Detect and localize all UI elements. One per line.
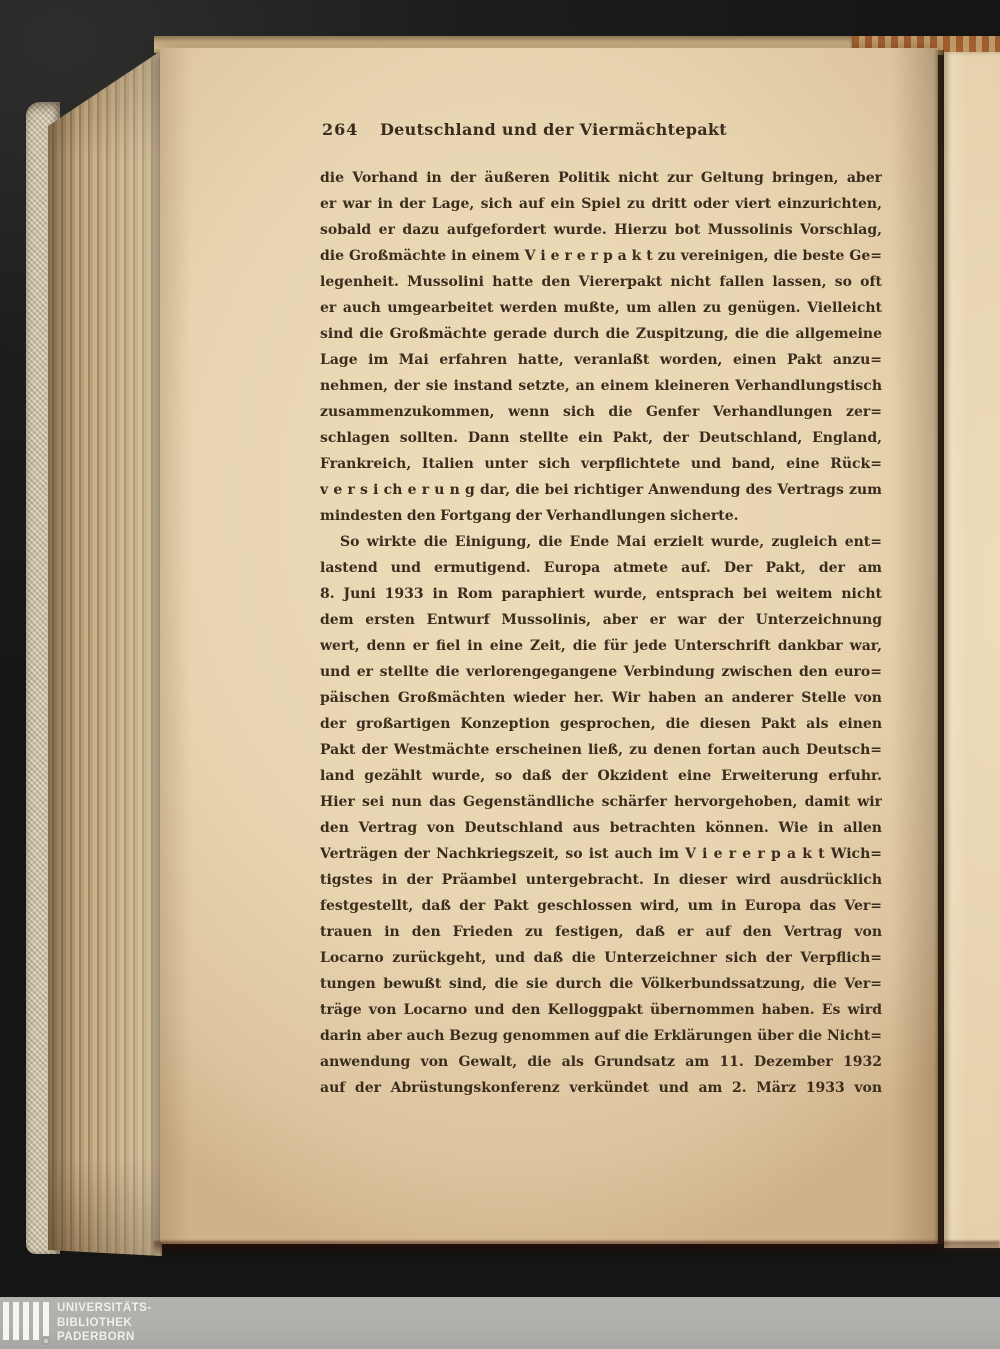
text-line: anwendung von Gewalt, die als Grundsatz … (320, 1049, 882, 1075)
text-line: v e r s i ch e r u n g dar, die bei rich… (320, 477, 882, 503)
logo-bar-icon (43, 1302, 49, 1336)
text-line: So wirkte die Einigung, die Ende Mai erz… (320, 529, 882, 555)
text-line: päischen Großmächten wieder her. Wir hab… (320, 685, 882, 711)
text-line: nehmen, der sie instand setzte, an einem… (320, 373, 882, 399)
text-line: lastend und ermutigend. Europa atmete au… (320, 555, 882, 581)
page-stack-edge (48, 38, 162, 1256)
text-line: Hier sei nun das Gegenständliche schärfe… (320, 789, 882, 815)
text-line: mindesten den Fortgang der Verhandlungen… (320, 503, 882, 529)
text-line: Verträgen der Nachkriegszeit, so ist auc… (320, 841, 882, 867)
body-text: die Vorhand in der äußeren Politik nicht… (320, 165, 882, 1101)
text-line: tungen bewußt sind, die sie durch die Vö… (320, 971, 882, 997)
text-line: land gezählt wurde, so daß der Okzident … (320, 763, 882, 789)
text-line: Lage im Mai erfahren hatte, veranlaßt wo… (320, 347, 882, 373)
logo-bar-icon (3, 1302, 9, 1340)
logo-bar-icon (33, 1302, 39, 1340)
text-line: sind die Großmächte gerade durch die Zus… (320, 321, 882, 347)
running-title: Deutschland und der Viermächtepakt (320, 120, 882, 139)
open-book: 264 Deutschland und der Viermächtepakt d… (26, 36, 1000, 1258)
book-bottom-shadow (154, 1241, 1000, 1255)
text-line: Pakt der Westmächte erscheinen ließ, zu … (320, 737, 882, 763)
scan-background: 264 Deutschland und der Viermächtepakt d… (0, 0, 1000, 1349)
text-line: legenheit. Mussolini hatte den Viererpak… (320, 269, 882, 295)
text-line: träge von Locarno und den Kelloggpakt üb… (320, 997, 882, 1023)
logo-bar-icon (13, 1302, 19, 1340)
text-line: und er stellte die verlorengegangene Ver… (320, 659, 882, 685)
book-page: 264 Deutschland und der Viermächtepakt d… (160, 48, 938, 1244)
text-line: trauen in den Frieden zu festigen, daß e… (320, 919, 882, 945)
text-line: festgestellt, daß der Pakt geschlossen w… (320, 893, 882, 919)
library-name: UNIVERSITÄTS- BIBLIOTHEK PADERBORN (57, 1301, 152, 1345)
facing-page-edge (944, 52, 1000, 1248)
text-line: Frankreich, Italien unter sich verpflich… (320, 451, 882, 477)
page-header: 264 Deutschland und der Viermächtepakt (320, 120, 882, 146)
text-line: schlagen sollten. Dann stellte ein Pakt,… (320, 425, 882, 451)
library-name-line: BIBLIOTHEK (57, 1316, 152, 1331)
text-line: 8. Juni 1933 in Rom paraphiert wurde, en… (320, 581, 882, 607)
text-line: dem ersten Entwurf Mussolinis, aber er w… (320, 607, 882, 633)
logo-bar-icon (23, 1302, 29, 1340)
library-footer: UNIVERSITÄTS- BIBLIOTHEK PADERBORN (0, 1297, 1000, 1349)
library-name-line: UNIVERSITÄTS- (57, 1301, 152, 1316)
text-line: er war in der Lage, sich auf ein Spiel z… (320, 191, 882, 217)
paragraph-2: So wirkte die Einigung, die Ende Mai erz… (320, 529, 882, 1101)
text-line: sobald er dazu aufgefordert wurde. Hierz… (320, 217, 882, 243)
text-line: die Großmächte in einem V i e r e r p a … (320, 243, 882, 269)
paragraph-1: die Vorhand in der äußeren Politik nicht… (320, 165, 882, 529)
logo-dot-icon (42, 1337, 50, 1345)
text-line: zusammenzukommen, wenn sich die Genfer V… (320, 399, 882, 425)
text-line: der großartigen Konzeption gesprochen, d… (320, 711, 882, 737)
gutter-shadow (934, 50, 944, 1244)
text-line: den Vertrag von Deutschland aus betracht… (320, 815, 882, 841)
text-line: wert, denn er fiel in eine Zeit, die für… (320, 633, 882, 659)
library-logo (3, 1302, 49, 1344)
library-name-line: PADERBORN (57, 1330, 152, 1345)
text-line: die Vorhand in der äußeren Politik nicht… (320, 165, 882, 191)
text-line: tigstes in der Präambel untergebracht. I… (320, 867, 882, 893)
text-line: er auch umgearbeitet werden mußte, um al… (320, 295, 882, 321)
text-line: auf der Abrüstungskonferenz verkündet un… (320, 1075, 882, 1101)
text-line: Locarno zurückgeht, und daß die Unterzei… (320, 945, 882, 971)
text-line: darin aber auch Bezug genommen auf die E… (320, 1023, 882, 1049)
